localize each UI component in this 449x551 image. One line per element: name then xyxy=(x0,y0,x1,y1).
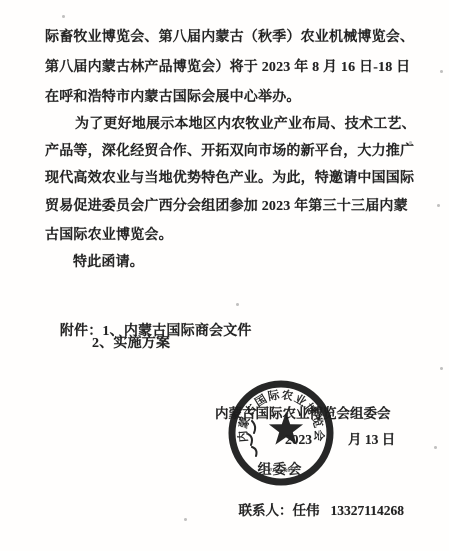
body-line: 产品等，深化经贸合作、开拓双向市场的新平台，大力推广 xyxy=(45,144,414,160)
contact-label: 联系人： xyxy=(239,503,293,518)
body-line: 现代高效农业与当地优势特色产业。为此，特邀请中国国际 xyxy=(45,171,414,187)
attachment-item: 2、实施方案 xyxy=(92,336,170,352)
closing-line: 特此函请。 xyxy=(73,255,144,271)
scan-speck xyxy=(62,15,65,18)
body-line: 古国际农业博览会。 xyxy=(45,228,173,244)
scan-speck xyxy=(434,446,437,449)
scan-speck xyxy=(440,70,443,73)
scanned-letter-page: 际畜牧业博览会、第八届内蒙古（秋季）农业机械博览会、 第八届内蒙古林产品博览会）… xyxy=(0,0,449,551)
signature-date-year: 2023 xyxy=(285,432,312,447)
body-line: 贸易促进委员会广西分会组团参加 2023 年第三十三届内蒙 xyxy=(45,199,408,215)
body-line: 在呼和浩特市内蒙古国际会展中心举办。 xyxy=(45,90,301,106)
contact-name: 任伟 xyxy=(293,503,320,518)
scan-speck xyxy=(184,518,187,521)
scan-speck xyxy=(409,141,412,144)
scan-speck xyxy=(440,367,443,370)
signature-date-day: 月 13 日 xyxy=(348,432,395,447)
contact-line: 联系人：任伟13327114268 xyxy=(225,488,404,533)
contact-phone: 13327114268 xyxy=(331,503,405,518)
scan-speck xyxy=(437,204,440,207)
body-line: 际畜牧业博览会、第八届内蒙古（秋季）农业机械博览会、 xyxy=(45,30,414,46)
official-seal-stamp: 内蒙古国际农业博览会 组委会 1501050040390 xyxy=(225,377,337,489)
scan-speck xyxy=(236,303,239,306)
body-line: 第八届内蒙古林产品博览会）将于 2023 年 8 月 16 日-18 日 xyxy=(45,60,410,76)
body-line: 为了更好地展示本地区内农牧业产业布局、技术工艺、 xyxy=(75,117,416,133)
